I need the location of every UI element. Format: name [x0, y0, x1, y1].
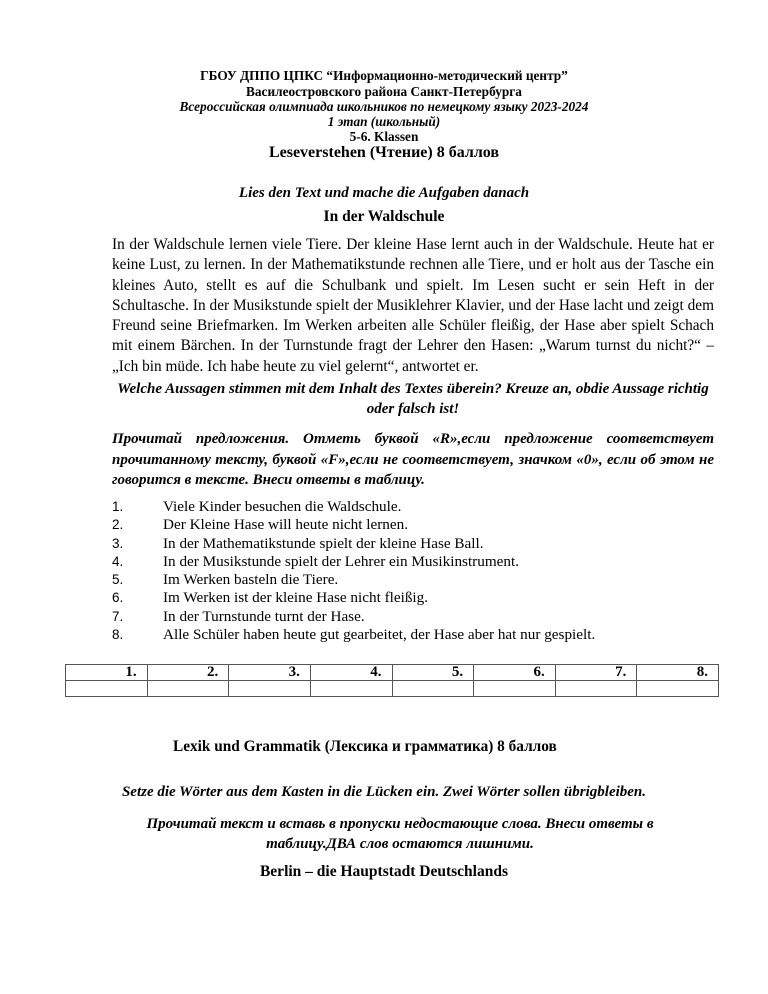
org-name-line1: ГБОУ ДППО ЦПКС “Информационно-методическ… [0, 68, 768, 84]
statement-item: 3.In der Mathematikstunde spielt der kle… [112, 535, 712, 553]
statement-item: 1.Viele Kinder besuchen die Waldschule. [112, 498, 712, 516]
statement-text: In der Musikstunde spielt der Lehrer ein… [163, 553, 519, 571]
statement-text: Der Kleine Hase will heute nicht lernen. [163, 516, 408, 534]
answer-table-header-row: 1. 2. 3. 4. 5. 6. 7. 8. [66, 665, 719, 681]
olympiad-stage: 1 этап (школьный) [0, 114, 768, 130]
statement-number: 5. [112, 571, 123, 589]
section-title-reading: Leseverstehen (Чтение) 8 баллов [0, 143, 768, 162]
statement-number: 6. [112, 589, 123, 607]
answer-cell[interactable] [66, 681, 148, 697]
statement-item: 5.Im Werken basteln die Tiere. [112, 571, 712, 589]
org-name-line2: Василеостровского района Санкт-Петербург… [0, 84, 768, 100]
olympiad-title: Всероссийская олимпиада школьников по не… [0, 99, 768, 115]
statement-list: 1.Viele Kinder besuchen die Waldschule. … [112, 498, 712, 644]
answer-header-cell: 8. [637, 665, 719, 681]
statement-item: 8.Alle Schüler haben heute gut gearbeite… [112, 626, 712, 644]
section-title-grammar: Lexik und Grammatik (Лексика и грамматик… [173, 737, 557, 756]
answer-header-cell: 5. [392, 665, 474, 681]
grammar-instruction-de: Setze die Wörter aus dem Kasten in die L… [0, 782, 768, 802]
answer-header-cell: 7. [555, 665, 637, 681]
answer-cell[interactable] [637, 681, 719, 697]
task-instruction-de: Welche Aussagen stimmen mit dem Inhalt d… [112, 379, 714, 419]
statement-number: 7. [112, 608, 123, 626]
answer-header-cell: 3. [229, 665, 311, 681]
statement-text: In der Turnstunde turnt der Hase. [163, 608, 365, 626]
answer-cell[interactable] [392, 681, 474, 697]
task-instruction-ru: Прочитай предложения. Отметь буквой «R»,… [112, 429, 714, 491]
statement-number: 2. [112, 516, 123, 534]
answer-cell[interactable] [147, 681, 229, 697]
statement-item: 7.In der Turnstunde turnt der Hase. [112, 608, 712, 626]
statement-number: 3. [112, 535, 123, 553]
answer-header-cell: 1. [66, 665, 148, 681]
answer-table-input-row [66, 681, 719, 697]
grammar-instruction-ru: Прочитай текст и вставь в пропуски недос… [134, 814, 666, 854]
answer-table: 1. 2. 3. 4. 5. 6. 7. 8. [65, 664, 719, 697]
answer-cell[interactable] [555, 681, 637, 697]
statement-text: Im Werken basteln die Tiere. [163, 571, 338, 589]
statement-text: In der Mathematikstunde spielt der klein… [163, 535, 484, 553]
answer-cell[interactable] [474, 681, 556, 697]
statement-number: 4. [112, 553, 123, 571]
reading-text: In der Waldschule lernen viele Tiere. De… [112, 235, 714, 377]
answer-cell[interactable] [229, 681, 311, 697]
answer-cell[interactable] [310, 681, 392, 697]
statement-item: 2.Der Kleine Hase will heute nicht lerne… [112, 516, 712, 534]
statement-item: 6.Im Werken ist der kleine Hase nicht fl… [112, 589, 712, 607]
reading-text-title: In der Waldschule [0, 207, 768, 226]
answer-header-cell: 6. [474, 665, 556, 681]
reading-instruction: Lies den Text und mache die Aufgaben dan… [0, 183, 768, 203]
statement-number: 8. [112, 626, 123, 644]
statement-text: Alle Schüler haben heute gut gearbeitet,… [163, 626, 595, 644]
statement-text: Viele Kinder besuchen die Waldschule. [163, 498, 401, 516]
statement-number: 1. [112, 498, 123, 516]
statement-text: Im Werken ist der kleine Hase nicht flei… [163, 589, 428, 607]
answer-header-cell: 2. [147, 665, 229, 681]
answer-header-cell: 4. [310, 665, 392, 681]
statement-item: 4.In der Musikstunde spielt der Lehrer e… [112, 553, 712, 571]
grammar-text-title: Berlin – die Hauptstadt Deutschlands [0, 862, 768, 881]
